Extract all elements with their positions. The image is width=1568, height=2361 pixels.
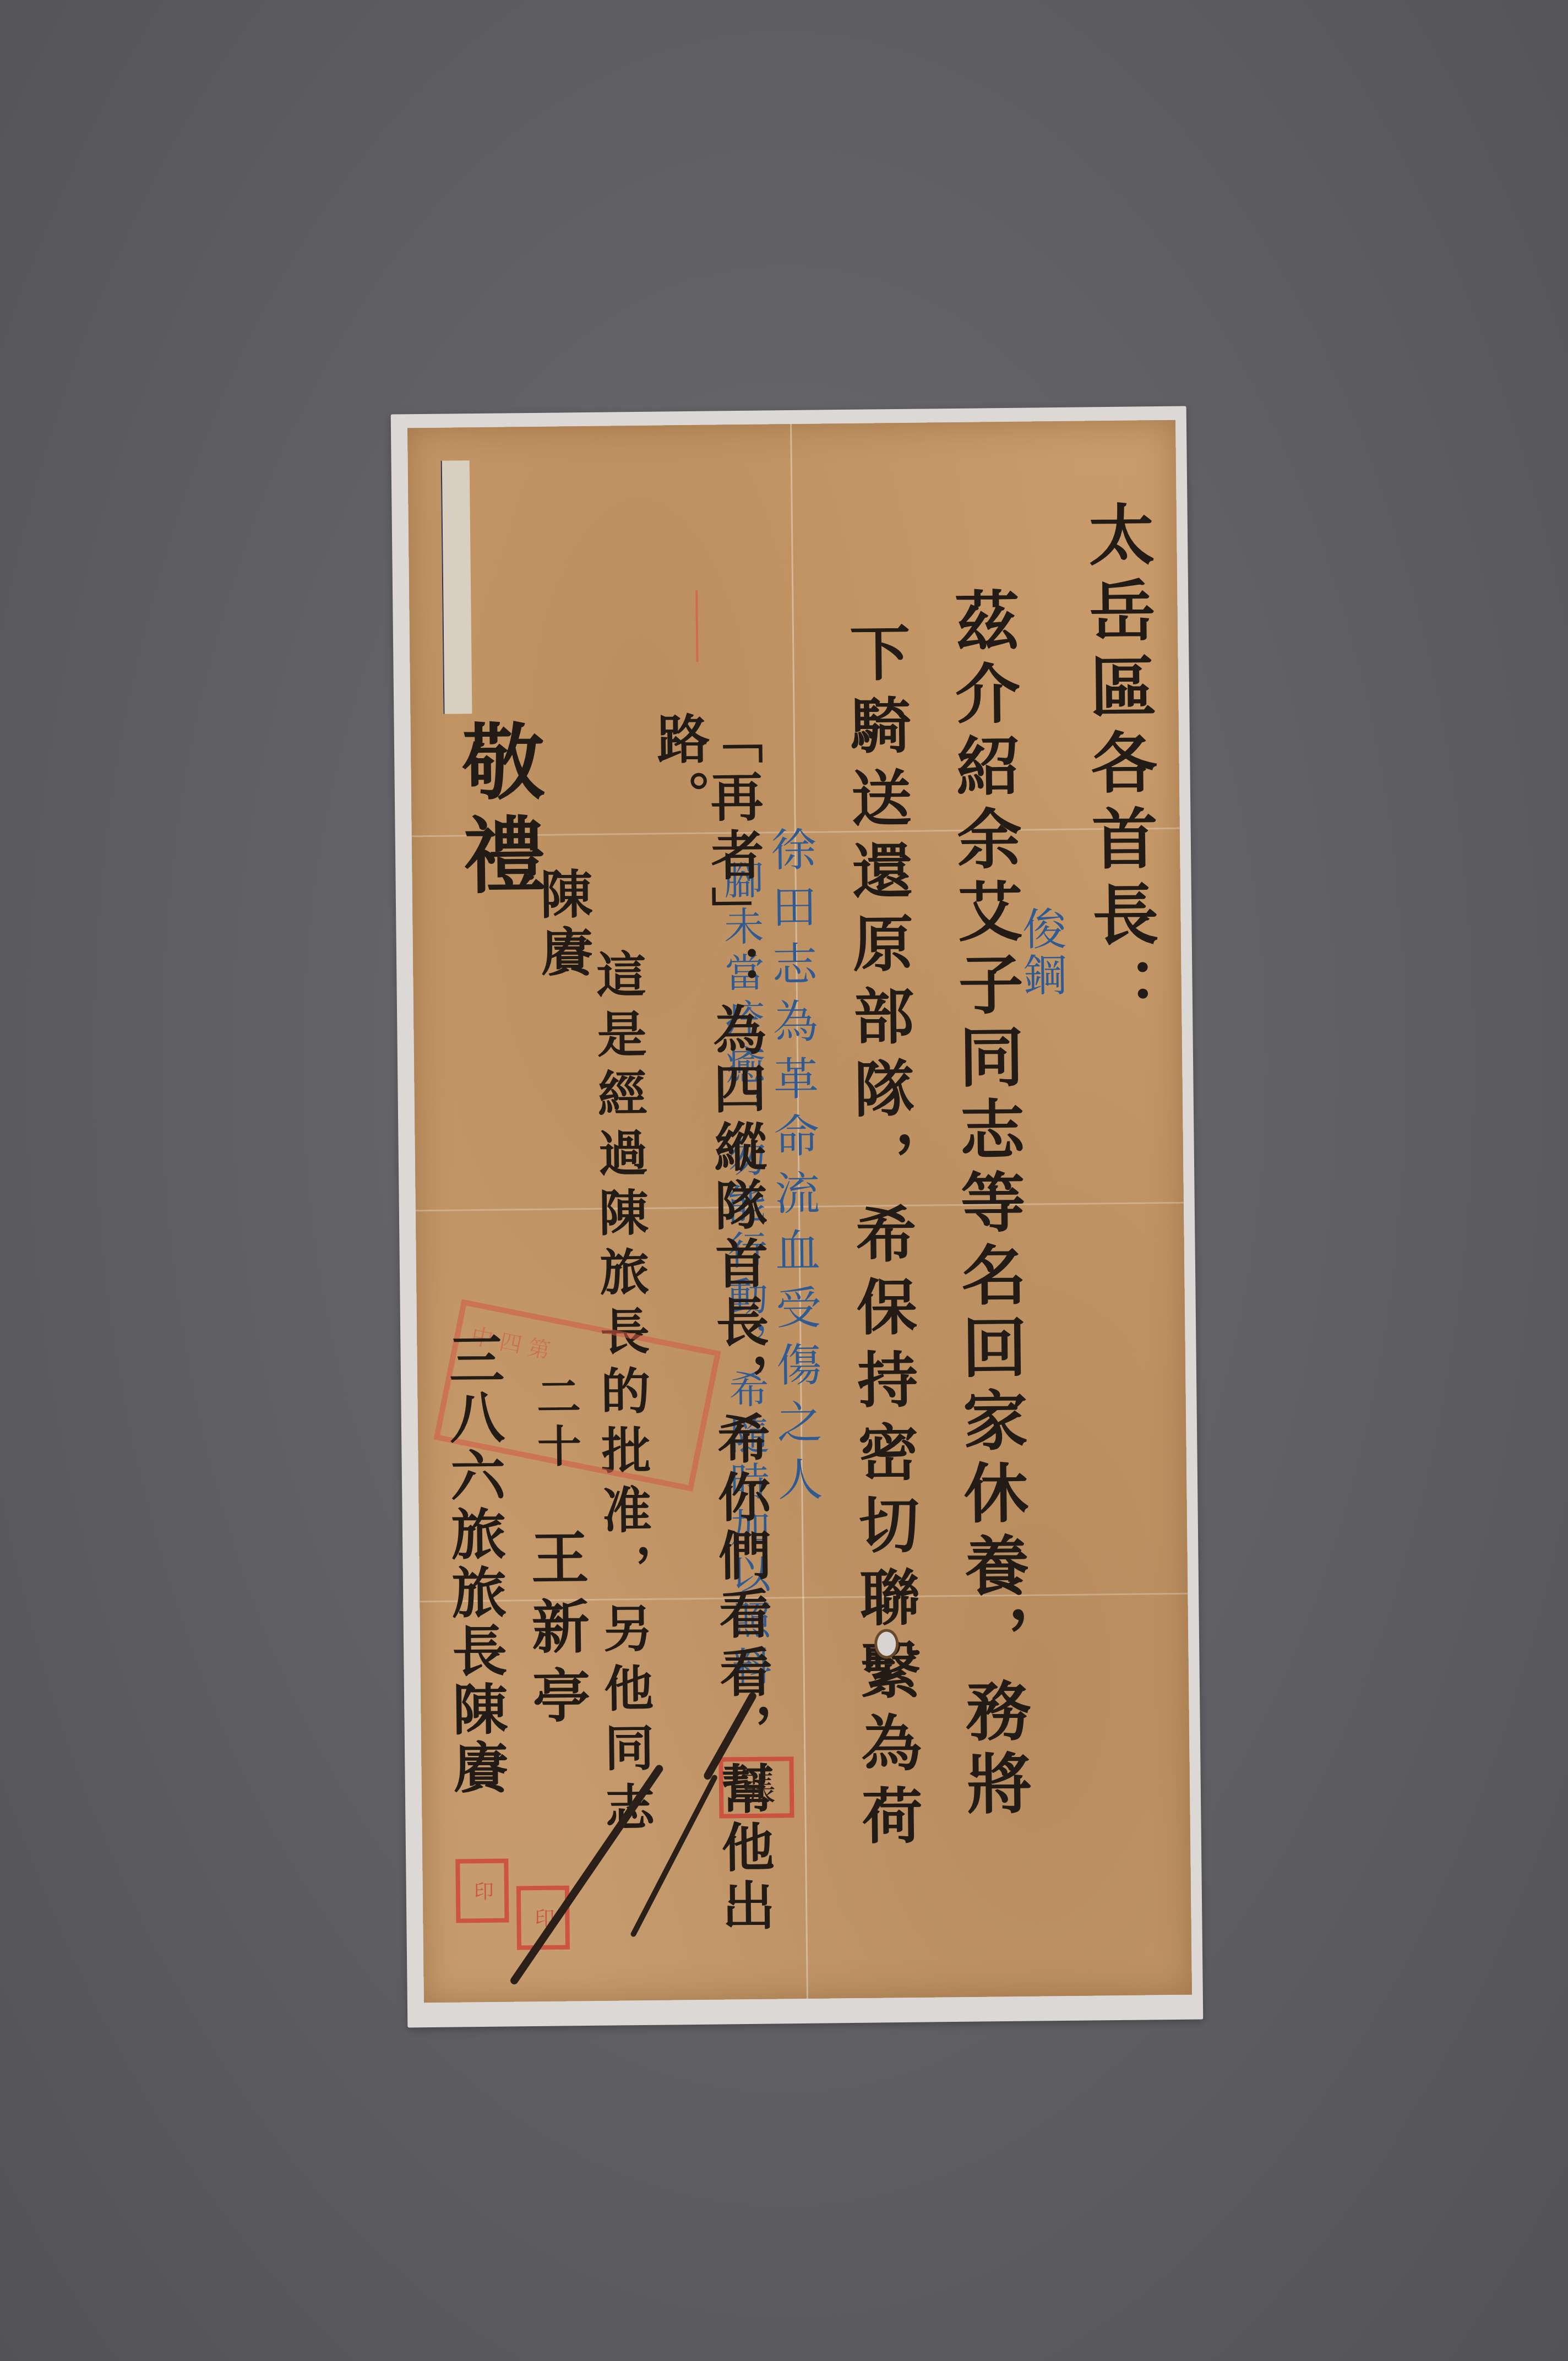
- red-pencil-mark: [695, 590, 698, 662]
- text-column-3: 下騎送還原部隊，希保持密切聯繫為荷: [845, 621, 918, 1857]
- signature-chen-geng: 陳賡: [536, 867, 589, 983]
- document-paper: 太岳區各首長： 俊鋼 茲介紹余艾子同志等名回家休養，務將 下騎送還原部隊，希保持…: [407, 420, 1192, 2003]
- blue-annotation: 俊鋼: [1018, 906, 1063, 999]
- red-seal-1: 印: [455, 1859, 509, 1923]
- blue-column-1: 徐田志為革命流血受傷之人: [767, 826, 819, 1514]
- margin-strip: [441, 460, 472, 714]
- date-fragment: 二十: [533, 1373, 578, 1473]
- salutation-column: 太岳區各首長：: [1083, 500, 1155, 1032]
- paper-hole: [877, 1631, 896, 1656]
- closing-salute: 敬禮: [455, 719, 540, 907]
- text-column-2: 茲介紹余艾子同志等名回家休養，務將: [949, 587, 1026, 1823]
- signature-wang: 王新亭: [526, 1527, 586, 1734]
- signature-stroke: [509, 1764, 665, 1986]
- signature-brigade: 三八六旅旅長陳賡: [444, 1330, 504, 1798]
- red-seal-signature: 張: [718, 1756, 794, 1818]
